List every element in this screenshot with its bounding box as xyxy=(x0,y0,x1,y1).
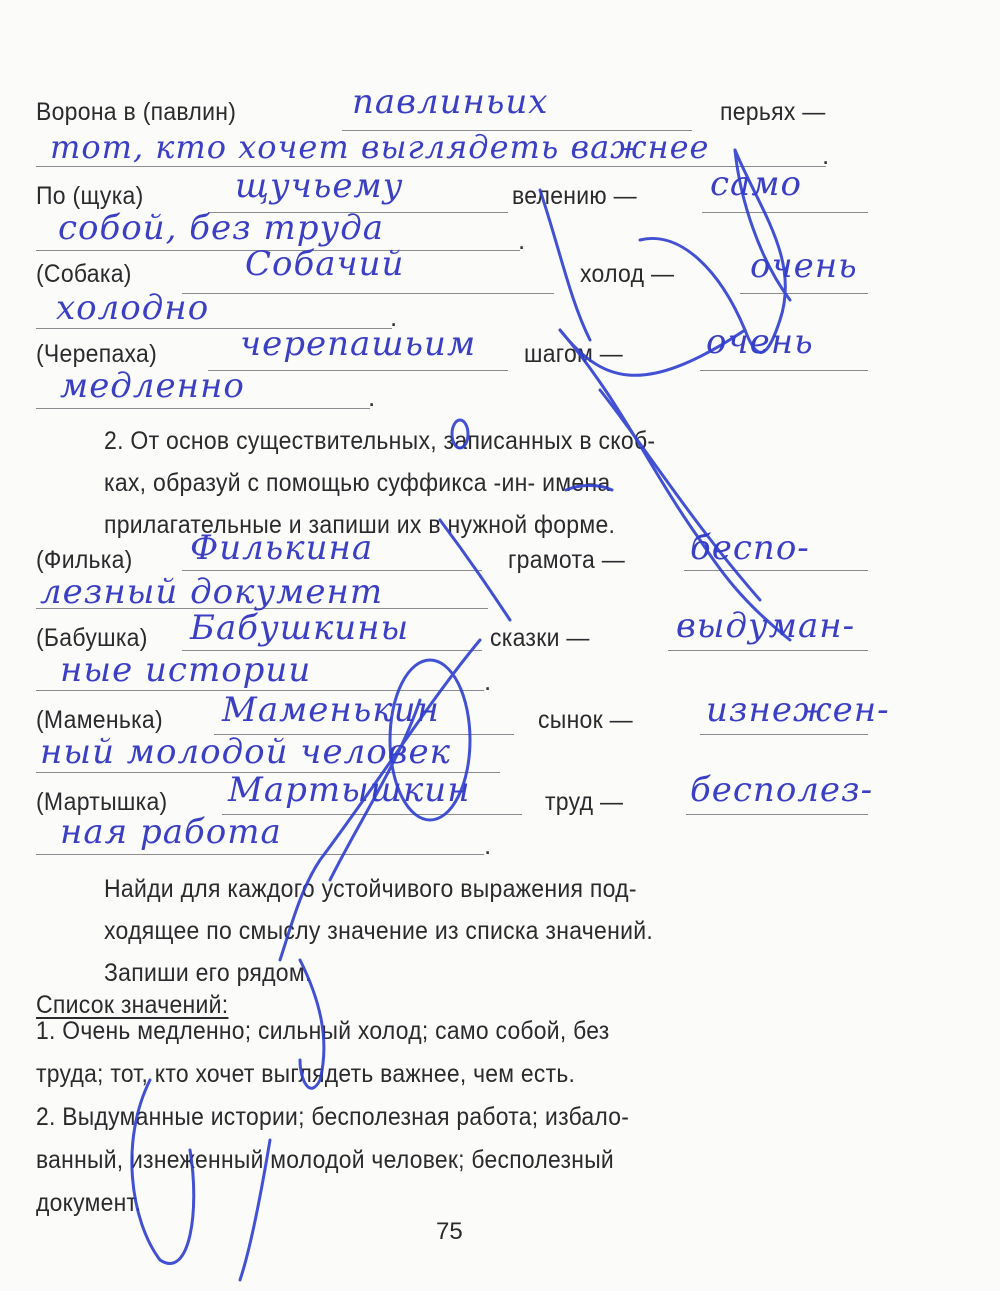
period: . xyxy=(822,140,829,171)
answer-line xyxy=(36,166,826,167)
prompt-text: труд — xyxy=(545,788,623,817)
prompt-text: велению — xyxy=(512,182,637,211)
prompt-text: Ворона в (павлин) xyxy=(36,98,236,127)
instruction-line: 2. От основ существительных, записанных … xyxy=(104,420,655,462)
period: . xyxy=(484,666,491,697)
handwritten-answer: Бабушкины xyxy=(190,608,409,648)
page-number: 75 xyxy=(436,1218,463,1246)
meanings-line: 1. Очень медленно; сильный холод; само с… xyxy=(36,1010,629,1053)
handwritten-answer: Маменькин xyxy=(222,690,440,730)
answer-line xyxy=(700,370,868,371)
meanings-line: документ. xyxy=(36,1182,629,1225)
instruction-line: ходящее по смыслу значение из списка зна… xyxy=(104,910,653,952)
prompt-text: шагом — xyxy=(524,340,623,369)
prompt-text: По (щука) xyxy=(36,182,144,211)
handwritten-meaning: очень xyxy=(706,322,814,362)
handwritten-meaning: беспо- xyxy=(690,528,810,568)
handwritten-meaning: лезный документ xyxy=(40,572,383,612)
answer-line xyxy=(208,370,508,371)
handwritten-meaning: выдуман- xyxy=(676,606,855,646)
answer-line xyxy=(36,854,484,855)
handwritten-answer: Собачий xyxy=(245,244,404,284)
prompt-text: (Черепаха) xyxy=(36,340,157,369)
handwritten-meaning: холодно xyxy=(56,288,209,328)
exercise-2-instruction: 2. От основ существительных, записанных … xyxy=(104,420,655,546)
handwritten-meaning: медленно xyxy=(60,366,245,406)
prompt-text: холод — xyxy=(580,260,674,289)
answer-line xyxy=(702,212,868,213)
instruction-line: Найди для каждого устойчивого выражения … xyxy=(104,868,653,910)
handwritten-meaning: ные истории xyxy=(60,650,311,690)
handwritten-meaning: изнежен- xyxy=(706,690,890,730)
answer-line xyxy=(686,814,868,815)
period: . xyxy=(484,830,491,861)
prompt-text: (Бабушка) xyxy=(36,624,148,653)
handwritten-meaning: очень xyxy=(750,246,858,286)
meanings-line: ванный, изнеженный молодой человек; бесп… xyxy=(36,1139,629,1182)
instruction-line: ках, образуй с помощью суффикса -ин- име… xyxy=(104,462,655,504)
handwritten-meaning: само xyxy=(710,164,802,204)
answer-line xyxy=(182,293,554,294)
workbook-page: Ворона в (павлин) павлиньих перьях — тот… xyxy=(0,0,1000,1291)
handwritten-answer: щучьему xyxy=(235,166,403,206)
period: . xyxy=(518,225,525,256)
prompt-text: (Маменька) xyxy=(36,706,163,735)
handwritten-meaning: тот, кто хочет выглядеть важнее xyxy=(50,128,709,166)
instruction-line: прилагательные и запиши их в нужной форм… xyxy=(104,504,655,546)
handwritten-meaning: бесполез- xyxy=(690,770,873,810)
answer-line xyxy=(36,408,370,409)
meanings-line: труда; тот, кто хочет выглядеть важнее, … xyxy=(36,1053,629,1096)
answer-line xyxy=(668,650,868,651)
handwritten-meaning: ный молодой человек xyxy=(40,732,451,772)
handwritten-answer: черепашьим xyxy=(240,324,476,364)
prompt-text: (Филька) xyxy=(36,546,133,575)
prompt-text: перьях — xyxy=(720,98,826,127)
handwritten-answer: Филькина xyxy=(190,528,373,568)
prompt-text: сынок — xyxy=(538,706,633,735)
handwritten-answer: Мартышкин xyxy=(228,770,471,810)
prompt-text: сказки — xyxy=(490,624,590,653)
answer-line xyxy=(182,570,482,571)
task-instruction: Найди для каждого устойчивого выражения … xyxy=(104,868,653,994)
period: . xyxy=(368,382,375,413)
answer-line xyxy=(740,293,868,294)
answer-line xyxy=(684,570,868,571)
handwritten-meaning: ная работа xyxy=(60,812,282,852)
meanings-line: 2. Выдуманные истории; бесполезная работ… xyxy=(36,1096,629,1139)
answer-line xyxy=(700,734,868,735)
prompt-text: (Собака) xyxy=(36,260,132,289)
handwritten-answer: павлиньих xyxy=(352,82,548,122)
meanings-list-body: 1. Очень медленно; сильный холод; само с… xyxy=(36,1010,629,1225)
handwritten-meaning: собой, без труда xyxy=(58,208,384,248)
prompt-text: грамота — xyxy=(508,546,625,575)
